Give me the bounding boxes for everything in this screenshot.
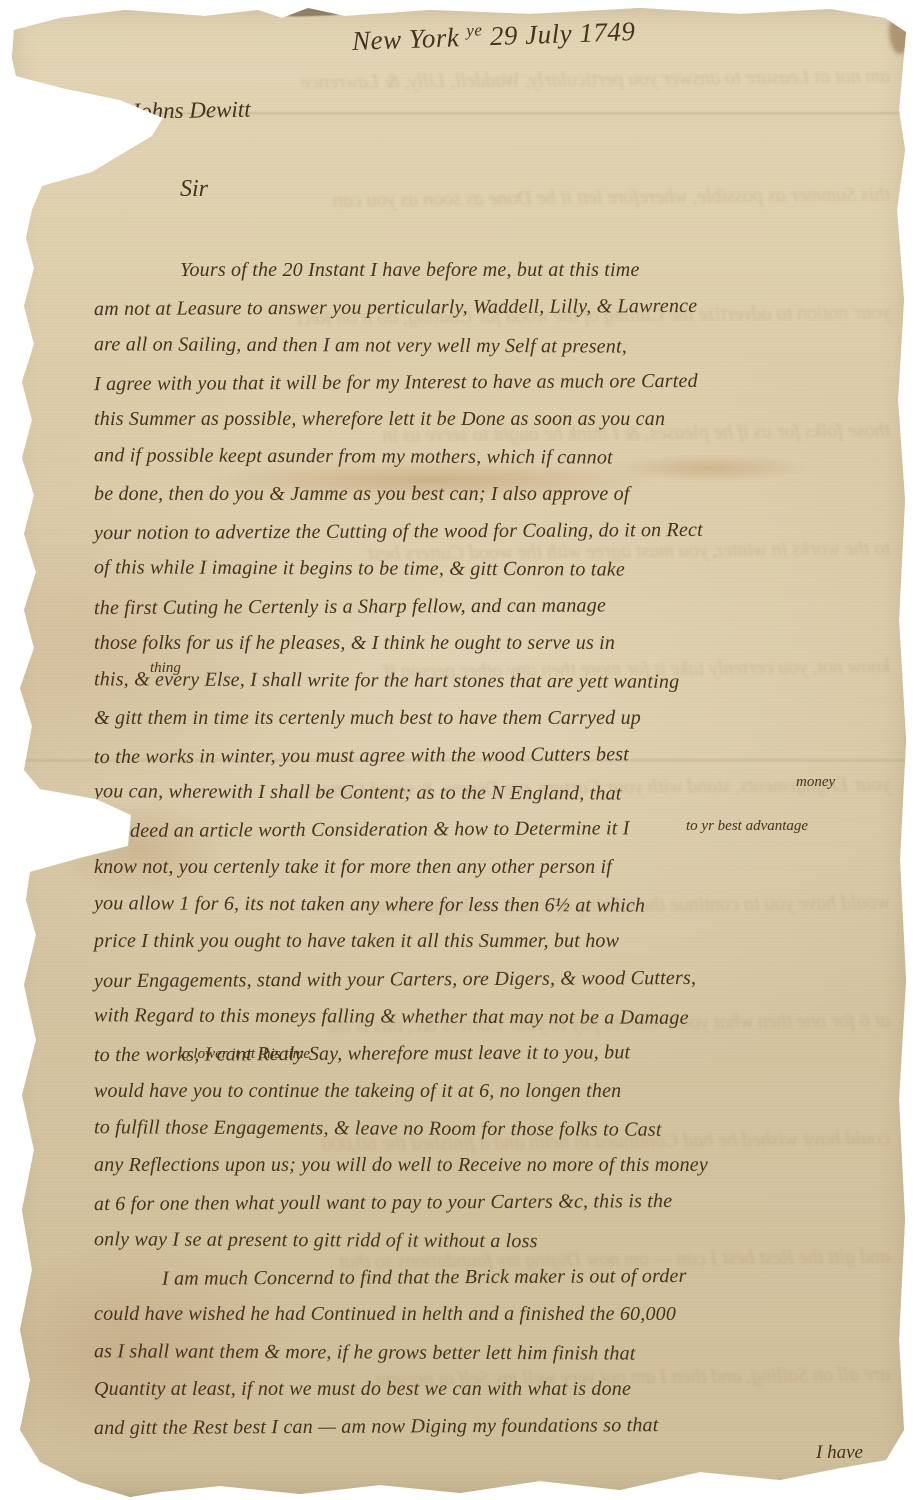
letter-line: am not at Leasure to answer you perticul… [94,287,894,328]
letter-body: Yours of the 20 Instant I have before me… [94,252,894,1446]
interlinear-insertion: to yr best advantage [686,818,808,835]
letter-line: you can, wherewith I shall be Content; a… [94,773,894,814]
top-right-stain [889,8,911,54]
letter-line: of this while I imagine it begins to be … [94,550,894,591]
letter-line: this, & every Else, I shall write for th… [94,662,894,703]
letter-line: at 6 for one then what youll want to pay… [94,1182,894,1223]
dateline-abbrev: ye [466,20,483,40]
dateline-date: 29 July 1749 [489,16,635,51]
letter-line: are all on Sailing, and then I am not ve… [94,326,894,367]
letter-line: any Reflections upon us; you will do wel… [94,1147,894,1184]
letter-paper: am not at Leasure to answer you perticul… [0,0,917,1500]
letter-line: know not, you certenly take it for more … [94,849,894,886]
letter-line: Quantity at least, if not we must do bes… [94,1371,894,1408]
letter-line: your notion to advertize the Cutting of … [94,511,894,552]
letter-line: to the works in winter, you must agree w… [94,735,894,776]
catchword: I have [816,1442,863,1464]
letter-line: price I think you ought to have taken it… [94,923,894,960]
letter-line: and gitt the Rest best I can — am now Di… [94,1406,894,1447]
dateline-place: New York [352,22,460,56]
letter-line: would have you to continue the takeing o… [94,1073,894,1110]
letter-line: the first Cuting he Certenly is a Sharp … [94,586,894,627]
letter-line: this Summer as possible, wherefore lett … [94,401,894,438]
top-edge-nick [278,7,350,18]
interlinear-insertion: to lower it at this time [178,1046,310,1063]
bleedthrough-line: am not at Leasure to answer you perticul… [30,65,890,97]
letter-line: with Regard to this moneys falling & whe… [94,997,894,1038]
letter-line: only way I se at present to gitt ridd of… [94,1221,894,1262]
letter-scan: am not at Leasure to answer you perticul… [0,0,917,1500]
recipient-name: Mr Johns Dewitt [96,97,251,126]
letter-line: those folks for us if he pleases, & I th… [94,625,894,662]
letter-line: Yours of the 20 Instant I have before me… [94,252,894,289]
letter-line: as I shall want them & more, if he grows… [94,1333,894,1374]
salutation: Sir [180,176,208,203]
interlinear-insertion: thing [150,660,181,677]
interlinear-insertion: money [796,774,835,791]
letter-line: be done, then do you & Jamme as you best… [94,476,894,513]
letter-line: and if possible keept asunder from my mo… [94,438,894,479]
letter-line: your Engagements, stand with your Carter… [94,959,894,1000]
letter-line: & gitt them in time its certenly much be… [94,700,894,737]
letter-line: I agree with you that it will be for my … [94,362,894,403]
letter-line: to fulfill those Engagements, & leave no… [94,1109,894,1150]
letter-line: I am much Concernd to find that the Bric… [94,1257,894,1298]
letter-line: you allow 1 for 6, its not taken any whe… [94,885,894,926]
letter-line: could have wished he had Continued in he… [94,1296,894,1333]
dateline: New York ye 29 July 1749 [352,15,636,57]
bleedthrough-line: this Summer as possible, wherefore lett … [30,183,890,215]
